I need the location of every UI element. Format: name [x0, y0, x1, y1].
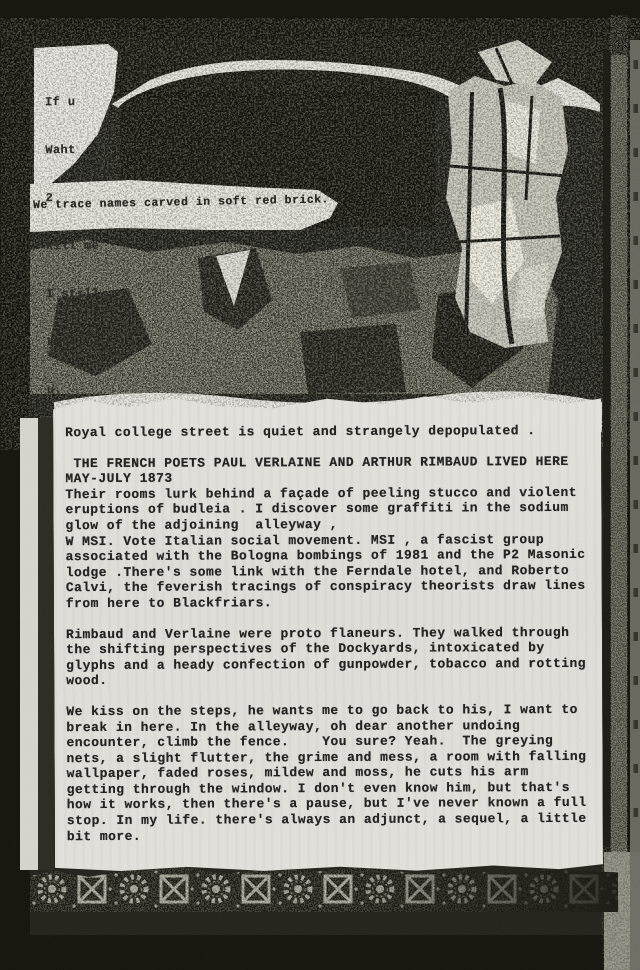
note-line: Love	[47, 334, 100, 350]
note-line: kill me	[46, 238, 99, 254]
typed-note: If u Waht 2 kill me I still Love u.	[45, 62, 101, 430]
paragraph-flaneurs: Rimbaud and Verlaine were proto flaneurs…	[66, 624, 590, 689]
text-block: Royal college street is quiet and strang…	[53, 393, 603, 873]
note-line: u.	[47, 382, 100, 398]
zine-page: If u Waht 2 kill me I still Love u. We t…	[0, 0, 640, 970]
paragraph-royal-college: Royal college street is quiet and strang…	[65, 423, 589, 441]
note-line: I still	[46, 286, 99, 302]
paragraph-verlaine-rimbaud: THE FRENCH POETS PAUL VERLAINE AND ARTHU…	[65, 453, 590, 611]
note-line: Waht	[45, 142, 98, 158]
carpet-pattern	[30, 866, 618, 912]
carpet-border	[30, 866, 618, 912]
note-line: If u	[45, 94, 98, 110]
page-edge-sliver	[20, 418, 38, 870]
paragraph-kiss-on-steps: We kiss on the steps, he wants me to go …	[66, 702, 591, 845]
